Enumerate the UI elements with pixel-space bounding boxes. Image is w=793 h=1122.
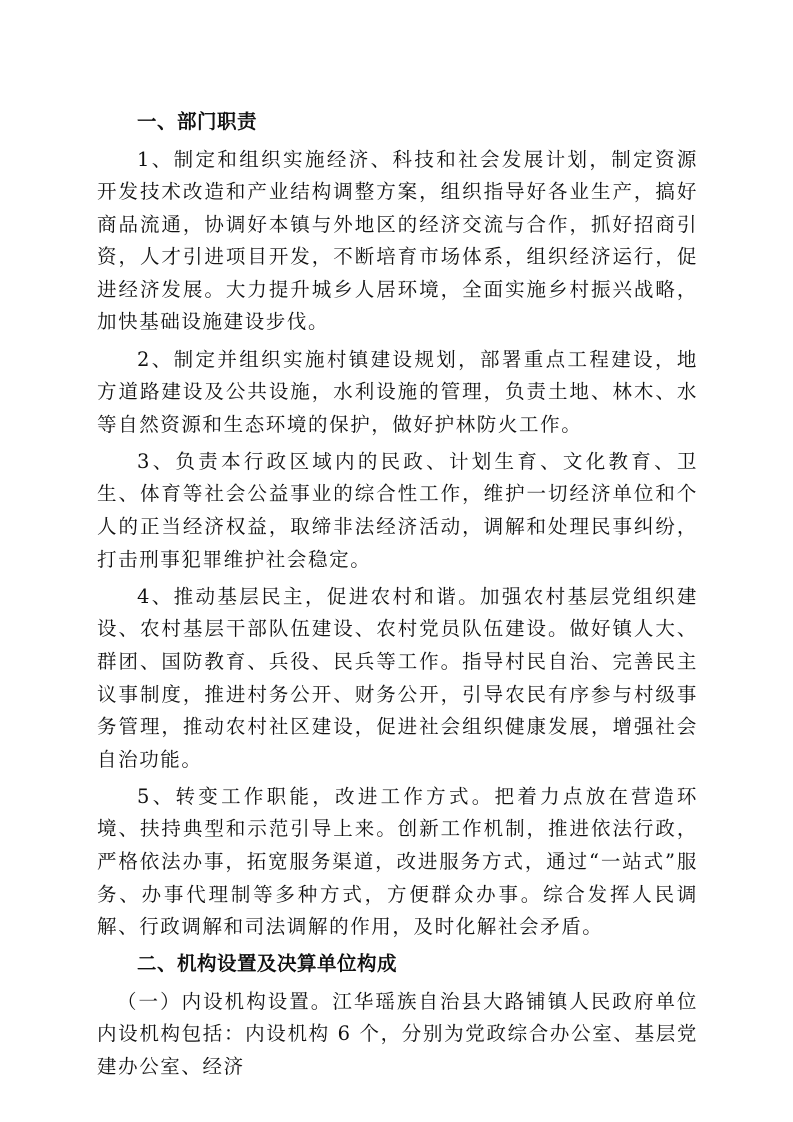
section-heading-structure: 二、机构设置及决算单位构成 [97,948,698,981]
paragraph-internal-structure: （一）内设机构设置。江华瑶族自治县大路铺镇人民政府单位内设机构包括：内设机构 6… [97,986,698,1084]
paragraph-duty-5: 5、转变工作职能，改进工作方式。把着力点放在营造环境、扶持典型和示范引导上来。创… [97,781,698,944]
paragraph-duty-2: 2、制定并组织实施村镇建设规划，部署重点工程建设，地方道路建设及公共设施，水利设… [97,344,698,442]
section-heading-duties: 一、部门职责 [97,106,698,139]
paragraph-duty-4: 4、推动基层民主，促进农村和谐。加强农村基层党组织建设、农村基层干部队伍建设、农… [97,581,698,777]
document-page: 一、部门职责 1、制定和组织实施经济、科技和社会发展计划，制定资源开发技术改造和… [97,106,698,1088]
paragraph-duty-3: 3、负责本行政区域内的民政、计划生育、文化教育、卫生、体育等社会公益事业的综合性… [97,446,698,576]
paragraph-duty-1: 1、制定和组织实施经济、科技和社会发展计划，制定资源开发技术改造和产业结构调整方… [97,144,698,340]
